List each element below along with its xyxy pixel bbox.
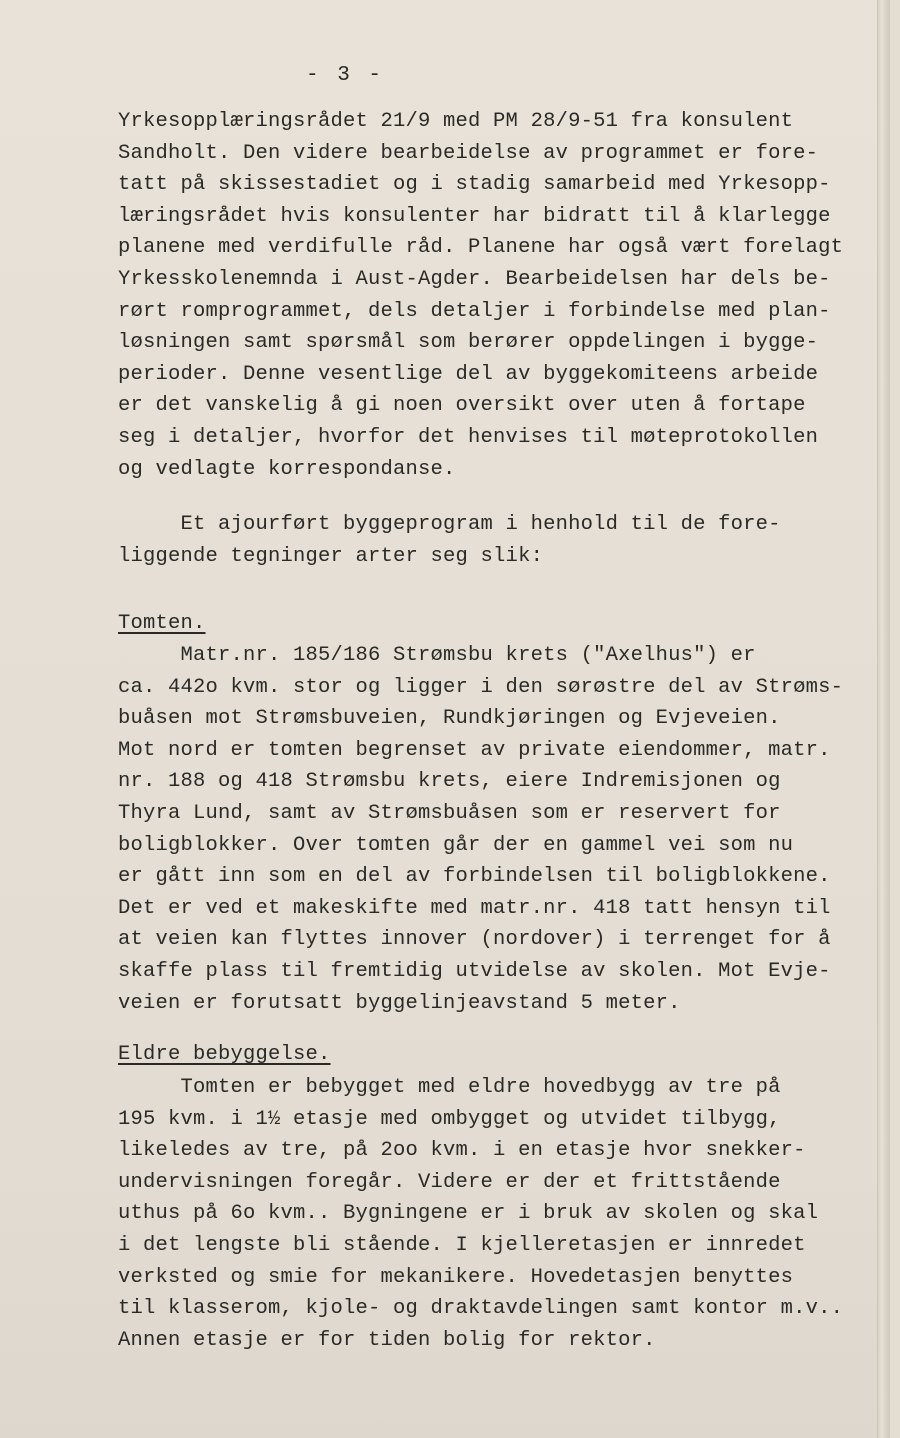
text-line: Matr.nr. 185/186 Strømsbu krets ("Axelhu…	[118, 644, 756, 667]
heading-eldre-bebyggelse: Eldre bebyggelse.	[118, 1043, 331, 1066]
text-line: læringsrådet hvis konsulenter har bidrat…	[118, 205, 831, 228]
text-line: tatt på skissestadiet og i stadig samarb…	[118, 173, 831, 196]
text-line: Et ajourført byggeprogram i henhold til …	[118, 513, 781, 536]
text-line: Det er ved et makeskifte med matr.nr. 41…	[118, 897, 831, 920]
text-line: Annen etasje er for tiden bolig for rekt…	[118, 1329, 656, 1352]
text-line: undervisningen foregår. Videre er der et…	[118, 1171, 781, 1194]
text-line: til klasserom, kjole- og draktavdelingen…	[118, 1297, 843, 1320]
text-line: Yrkesopplæringsrådet 21/9 med PM 28/9-51…	[118, 110, 793, 133]
text-line: perioder. Denne vesentlige del av byggek…	[118, 363, 818, 386]
text-line: boligblokker. Over tomten går der en gam…	[118, 834, 793, 857]
text-line: skaffe plass til fremtidig utvidelse av …	[118, 960, 831, 983]
page-edge	[877, 0, 890, 1438]
page-number: - 3 -	[306, 64, 384, 87]
text-line: uthus på 6o kvm.. Bygningene er i bruk a…	[118, 1202, 818, 1225]
text-line: Tomten er bebygget med eldre hovedbygg a…	[118, 1076, 781, 1099]
document-body: Yrkesopplæringsrådet 21/9 med PM 28/9-51…	[118, 0, 168, 276]
heading-tomten: Tomten.	[118, 612, 206, 635]
text-line: 195 kvm. i 1½ etasje med ombygget og utv…	[118, 1108, 781, 1131]
text-line: likeledes av tre, på 2oo kvm. i en etasj…	[118, 1139, 806, 1162]
text-line: er gått inn som en del av forbindelsen t…	[118, 865, 831, 888]
text-line: Yrkesskolenemnda i Aust-Agder. Bearbeide…	[118, 268, 831, 291]
text-line: nr. 188 og 418 Strømsbu krets, eiere Ind…	[118, 770, 781, 793]
text-line: buåsen mot Strømsbuveien, Rundkjøringen …	[118, 707, 781, 730]
text-line: at veien kan flyttes innover (nordover) …	[118, 928, 831, 951]
text-line: og vedlagte korrespondanse.	[118, 458, 456, 481]
text-line: Sandholt. Den videre bearbeidelse av pro…	[118, 142, 818, 165]
text-line: løsningen samt spørsmål som berører oppd…	[118, 331, 818, 354]
text-line: rørt romprogrammet, dels detaljer i forb…	[118, 300, 831, 323]
text-line: Mot nord er tomten begrenset av private …	[118, 739, 831, 762]
text-line: er det vanskelig å gi noen oversikt over…	[118, 394, 806, 417]
text-line: veien er forutsatt byggelinjeavstand 5 m…	[118, 992, 681, 1015]
text-line: seg i detaljer, hvorfor det henvises til…	[118, 426, 818, 449]
text-line: ca. 442o kvm. stor og ligger i den sørøs…	[118, 676, 843, 699]
scanned-page: - 3 - Yrkesopplæringsrådet 21/9 med PM 2…	[0, 0, 890, 1438]
text-line: Thyra Lund, samt av Strømsbuåsen som er …	[118, 802, 781, 825]
text-line: verksted og smie for mekanikere. Hovedet…	[118, 1266, 793, 1289]
text-line: planene med verdifulle råd. Planene har …	[118, 236, 843, 259]
text-line: liggende tegninger arter seg slik:	[118, 545, 543, 568]
text-line: i det lengste bli stående. I kjelleretas…	[118, 1234, 806, 1257]
